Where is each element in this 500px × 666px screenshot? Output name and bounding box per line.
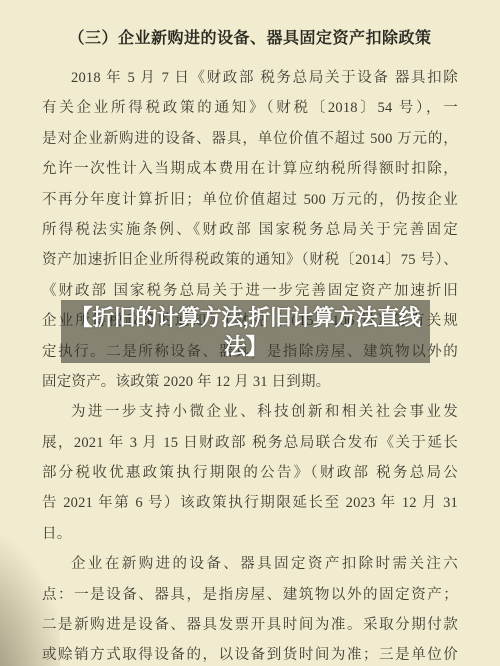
caption-overlay-banner: 【折旧的计算方法,折旧计算方法直线 法】: [61, 300, 430, 363]
text-line: 固定资产。该政策 2020 年 12 月 31 日到期。: [42, 367, 458, 397]
section-title: （三）企业新购进的设备、器具固定资产扣除政策: [0, 25, 500, 48]
text-line: 或赊销方式取得设备的，以设备到货时间为准；三是单位价: [42, 640, 458, 666]
text-line: 二是新购进是设备、器具发票开具时间为准。采取分期付款: [42, 610, 458, 640]
text-line: 有关企业所得税政策的通知》（财税〔2018〕54 号），一: [42, 93, 458, 123]
text-line: 点：一是设备、器具，是指房屋、建筑物以外的固定资产；: [42, 580, 458, 610]
text-line: 2018 年 5 月 7 日《财政部 税务总局关于设备 器具扣除: [42, 63, 458, 93]
text-line: 所得税法实施条例、《财政部 国家税务总局关于完善固定: [42, 215, 458, 245]
text-line: 企业在新购进的设备、器具固定资产扣除时需关注六: [42, 549, 458, 579]
text-line: 日。: [42, 519, 458, 549]
text-line: 是对企业新购进的设备、器具，单位价值不超过 500 万元的，: [42, 124, 458, 154]
caption-line-1: 【折旧的计算方法,折旧计算方法直线: [71, 303, 421, 332]
document-page: （三）企业新购进的设备、器具固定资产扣除政策 2018 年 5 月 7 日《财政…: [0, 0, 500, 666]
text-line: 展，2021 年 3 月 15 日财政部 税务总局联合发布《关于延长: [42, 428, 458, 458]
text-line: 允许一次性计入当期成本费用在计算应纳税所得额时扣除，: [42, 154, 458, 184]
text-line: 部分税收优惠政策执行期限的公告》（财政部 税务总局公: [42, 458, 458, 488]
text-line: 不再分年度计算折旧；单位价值超过 500 万元的，仍按企业: [42, 185, 458, 215]
document-body: 2018 年 5 月 7 日《财政部 税务总局关于设备 器具扣除 有关企业所得税…: [0, 63, 500, 666]
text-line: 告 2021 年第 6 号）该政策执行期限延长至 2023 年 12 月 31: [42, 488, 458, 518]
text-line: 为进一步支持小微企业、科技创新和相关社会事业发: [42, 397, 458, 427]
text-line: 资产加速折旧企业所得税政策的通知》（财税〔2014〕75 号）、: [42, 245, 458, 275]
caption-line-2: 法】: [224, 332, 267, 361]
